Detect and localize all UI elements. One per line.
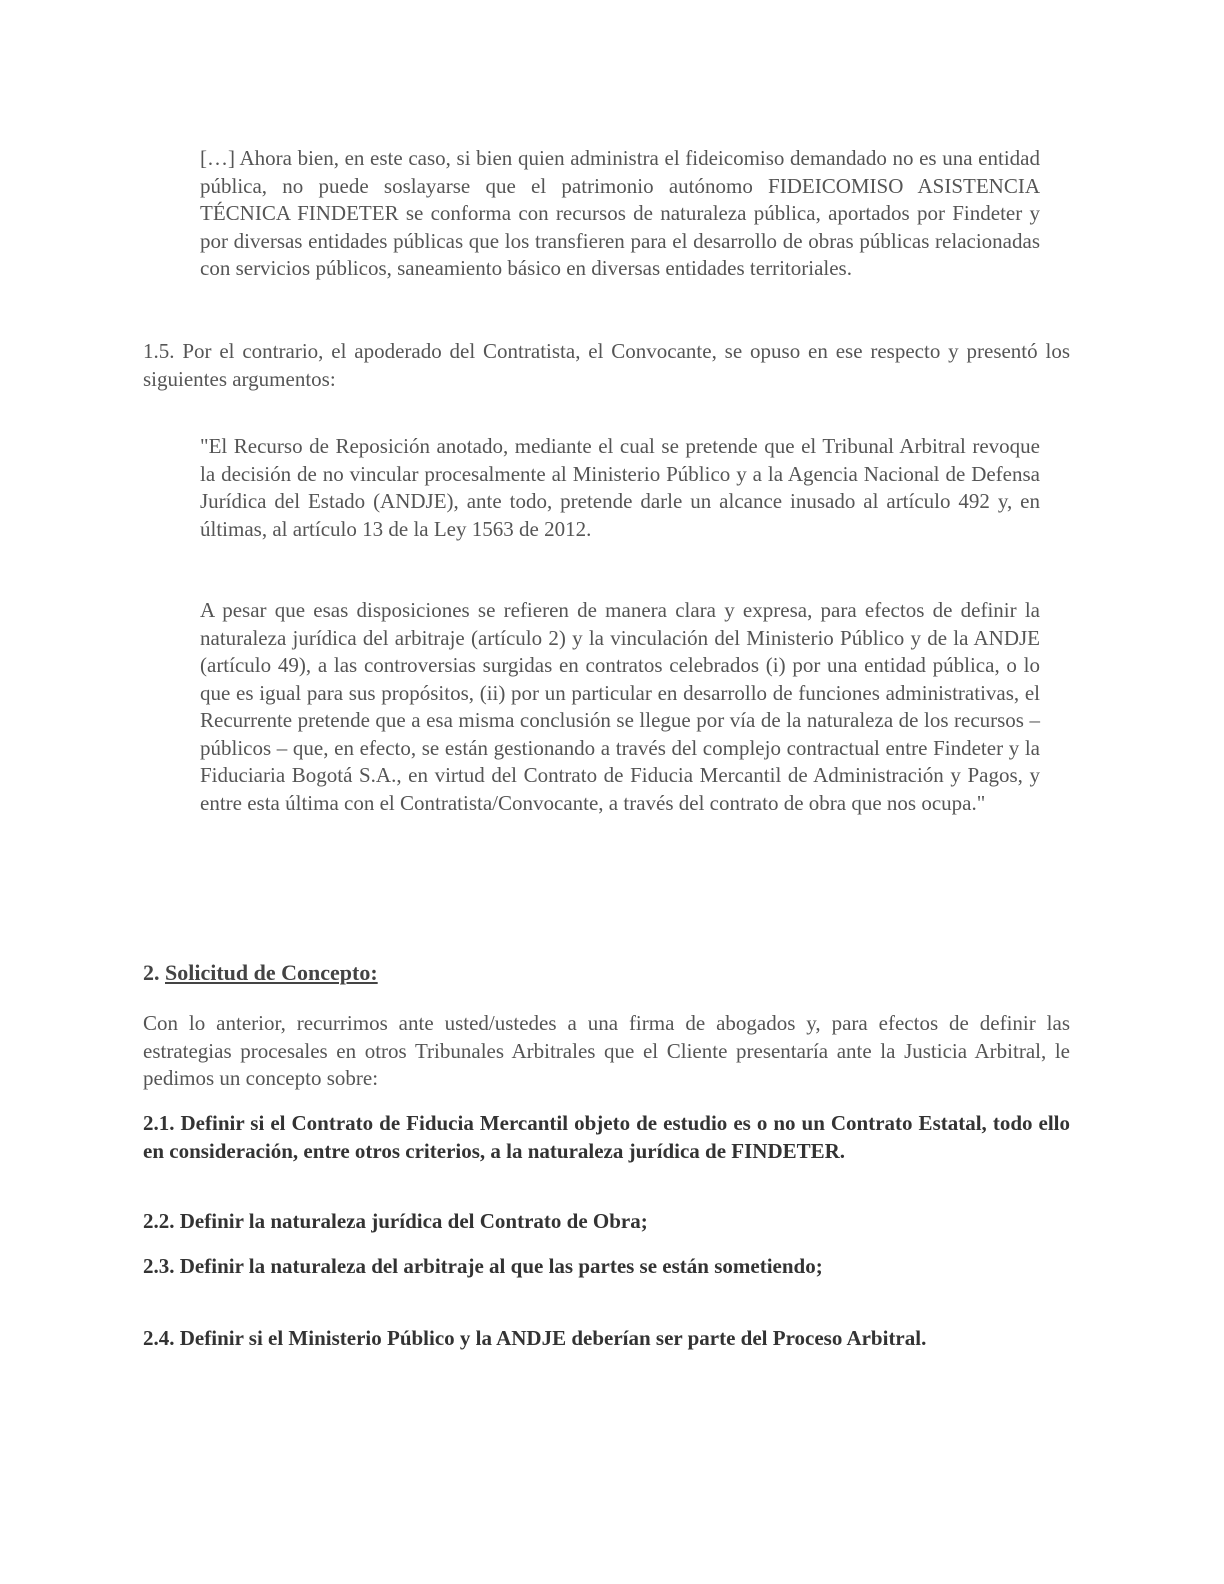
section-2-number: 2. xyxy=(143,960,160,985)
question-2-3: 2.3. Definir la naturaleza del arbitraje… xyxy=(143,1253,1070,1281)
quote-paragraph-2: "El Recurso de Reposición anotado, media… xyxy=(200,433,1040,543)
document-page: […] Ahora bien, en este caso, si bien qu… xyxy=(0,0,1224,1584)
paragraph-1-5: 1.5. Por el contrario, el apoderado del … xyxy=(143,338,1070,393)
section-2-heading: 2. Solicitud de Concepto: xyxy=(143,960,378,986)
question-2-1: 2.1. Definir si el Contrato de Fiducia M… xyxy=(143,1110,1070,1165)
section-2-intro: Con lo anterior, recurrimos ante usted/u… xyxy=(143,1010,1070,1093)
quote-paragraph-3: A pesar que esas disposiciones se refier… xyxy=(200,597,1040,817)
quote-paragraph-1: […] Ahora bien, en este caso, si bien qu… xyxy=(200,145,1040,283)
question-2-2: 2.2. Definir la naturaleza jurídica del … xyxy=(143,1208,1070,1236)
section-2-title: Solicitud de Concepto: xyxy=(165,960,378,985)
question-2-4: 2.4. Definir si el Ministerio Público y … xyxy=(143,1325,1070,1353)
